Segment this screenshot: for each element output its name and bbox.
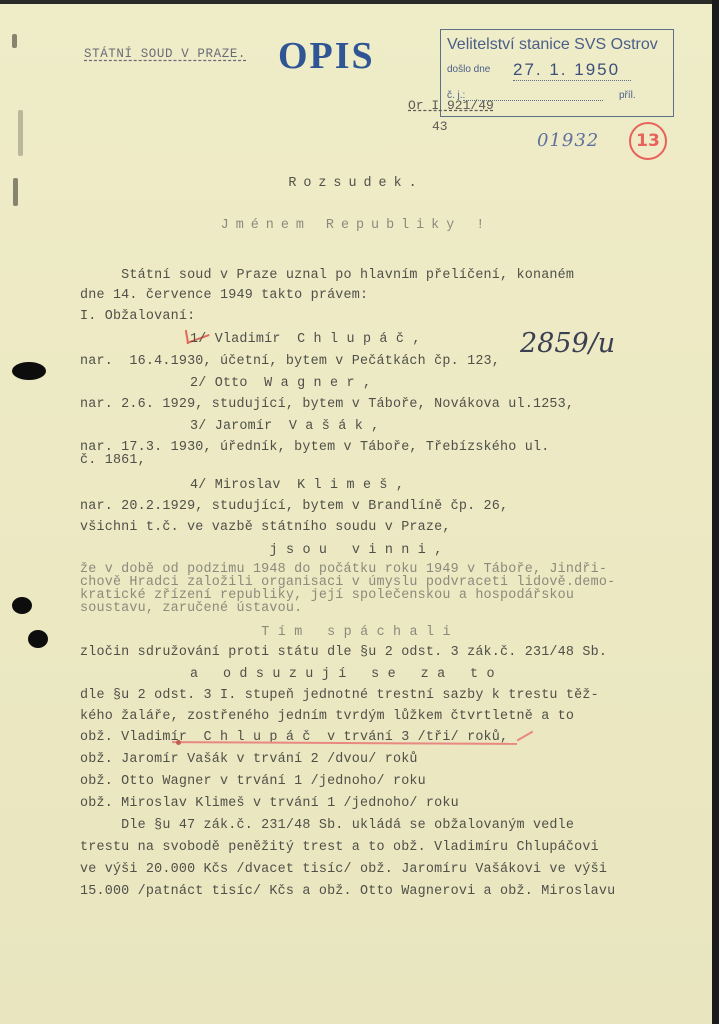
charge-line-4: soustavu, zaručené ústavou. (80, 601, 302, 616)
red-dot-mark (176, 740, 181, 745)
defendant-3-details: nar. 17.3. 1930, úředník, bytem v Táboře… (80, 440, 549, 455)
intro-line-1: Státní soud v Praze uznal po hlavním pře… (80, 268, 574, 283)
document-subtitle: Jménem Republiky ! (0, 218, 712, 233)
punch-hole-icon (12, 362, 46, 380)
intro-line-2: dne 14. července 1949 takto právem: (80, 288, 368, 303)
stamp-attachment-label: příl. (619, 90, 636, 101)
sentenced-heading: a o d s u z u j í s e z a t o (190, 667, 495, 682)
defendant-2-name: 2/ Otto W a g n e r , (190, 376, 371, 391)
document-title: Rozsudek. (0, 176, 712, 191)
stamp-received-label: došlo dne (447, 64, 490, 75)
sentence-line-1: dle §u 2 odst. 3 I. stupeň jednotné tres… (80, 688, 599, 703)
punch-hole-icon (12, 597, 32, 614)
page-number: 43 (432, 119, 448, 134)
scan-edge-top (0, 0, 719, 4)
defendant-3-name: 3/ Jaromír V a š á k , (190, 419, 379, 434)
fine-line-1: Dle §u 47 zák.č. 231/48 Sb. ukládá se ob… (80, 818, 574, 833)
defendant-2-details: nar. 2.6. 1929, studující, bytem v Táboř… (80, 397, 574, 412)
section-heading: I. Obžalovaní: (80, 309, 195, 324)
sentence-line-5: obž. Otto Wagner v trvání 1 /jednoho/ ro… (80, 774, 426, 789)
crime-line: zločin sdružování proti státu dle §u 2 o… (80, 645, 607, 660)
scan-edge-right (712, 0, 719, 1024)
defendant-3-details-cont: č. 1861, (80, 453, 146, 468)
fine-line-2: trestu na svobodě peněžitý trest a to ob… (80, 840, 599, 855)
case-reference: Or I 921/49 (408, 98, 494, 113)
defendant-4-name: 4/ Miroslav K l i m e š , (190, 478, 404, 493)
committed-heading: T í m s p á c h a l i (0, 625, 712, 640)
archive-number: 01932 (537, 130, 599, 151)
stamp-received-date: 27. 1. 1950 (513, 60, 631, 81)
sentence-line-4: obž. Jaromír Vašák v trvání 2 /dvou/ rok… (80, 752, 418, 767)
custody-line: všichni t.č. ve vazbě státního soudu v P… (80, 520, 451, 535)
paper-tear-mark (18, 110, 23, 156)
fine-line-3: ve výši 20.000 Kčs /dvacet tisíc/ obž. J… (80, 862, 607, 877)
fine-line-4: 15.000 /patnáct tisíc/ Kčs a obž. Otto W… (80, 884, 615, 899)
court-heading: STÁTNÍ SOUD V PRAZE. (84, 47, 246, 61)
staple-mark-icon (12, 34, 17, 48)
defendant-1-details: nar. 16.4.1930, účetní, bytem v Pečátkác… (80, 354, 500, 369)
sentence-line-2: kého žaláře, zostřeného jedním tvrdým lů… (80, 709, 574, 724)
defendant-1-name: 1/ Vladimír C h l u p á č , (190, 332, 421, 347)
handwritten-number: 2859/u (520, 328, 615, 359)
stamp-title: Velitelství stanice SVS Ostrov (447, 36, 658, 54)
copy-mark: OPIS (278, 34, 375, 78)
verdict-guilty: j s o u v i n n i , (0, 543, 712, 558)
defendant-4-details: nar. 20.2.1929, studující, bytem v Brand… (80, 499, 508, 514)
sentence-line-6: obž. Miroslav Klimeš v trvání 1 /jednoho… (80, 796, 459, 811)
circled-sheet-number: 13 (629, 122, 667, 160)
